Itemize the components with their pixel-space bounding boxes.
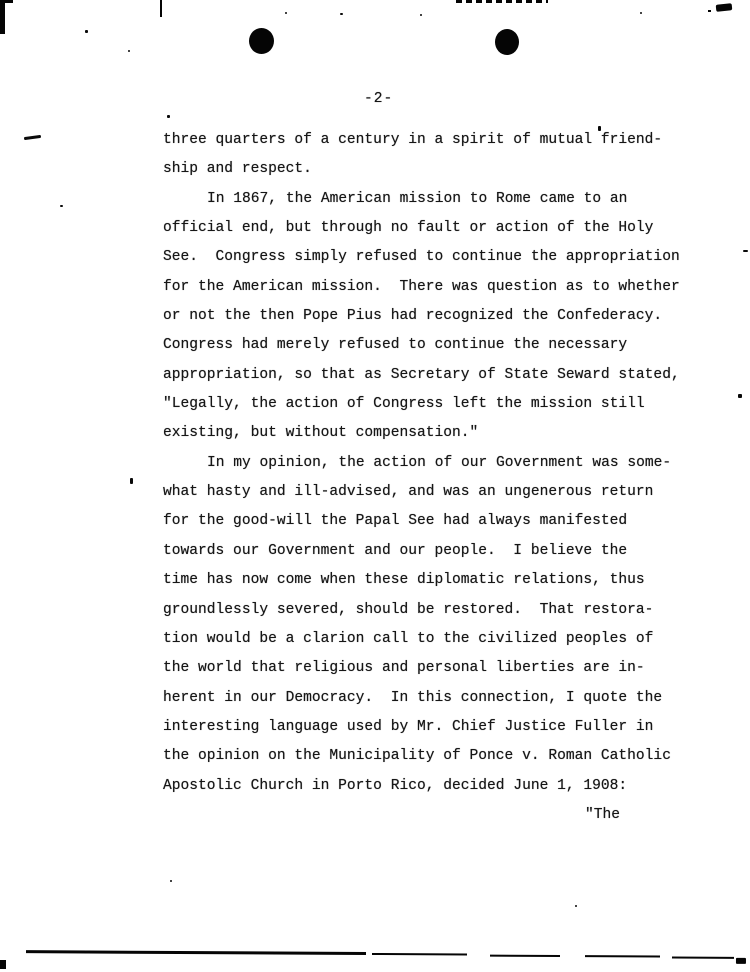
document-text: three quarters of a century in a spirit … (163, 126, 723, 830)
text-line: towards our Government and our people. I… (163, 537, 723, 566)
punch-hole-mark (495, 29, 519, 55)
text-line: for the American mission. There was ques… (163, 273, 723, 302)
text-line: time has now come when these diplomatic … (163, 566, 723, 595)
scan-speck (708, 10, 711, 12)
scan-speck (738, 394, 742, 398)
text-line: the world that religious and personal li… (163, 654, 723, 683)
scan-speck (128, 50, 130, 52)
text-line: groundlessly severed, should be restored… (163, 596, 723, 625)
text-line: In my opinion, the action of our Governm… (163, 449, 723, 478)
text-line: three quarters of a century in a spirit … (163, 126, 723, 155)
text-line: existing, but without compensation." (163, 419, 723, 448)
text-line: ship and respect. (163, 155, 723, 184)
text-line: the opinion on the Municipality of Ponce… (163, 742, 723, 771)
text-line: In 1867, the American mission to Rome ca… (163, 185, 723, 214)
margin-tick-mark (160, 0, 162, 17)
text-line: for the good-will the Papal See had alwa… (163, 507, 723, 536)
scan-speck (340, 13, 343, 15)
scan-speck (420, 14, 422, 16)
scan-speck (24, 135, 41, 140)
scan-speck (743, 250, 748, 252)
scan-edge-mark (0, 0, 13, 3)
scan-speck (60, 205, 63, 207)
scan-speck (130, 478, 133, 484)
scanned-document-page: -2- three quarters of a century in a spi… (0, 0, 750, 972)
text-line: "Legally, the action of Congress left th… (163, 390, 723, 419)
scan-edge-mark (0, 960, 6, 969)
text-line: what hasty and ill-advised, and was an u… (163, 478, 723, 507)
text-line: official end, but through no fault or ac… (163, 214, 723, 243)
ink-blot-mark (716, 3, 733, 12)
text-line: See. Congress simply refused to continue… (163, 243, 723, 272)
text-line: tion would be a clarion call to the civi… (163, 625, 723, 654)
text-line: Congress had merely refused to continue … (163, 331, 723, 360)
text-line: interesting language used by Mr. Chief J… (163, 713, 723, 742)
scan-edge-mark (0, 0, 5, 34)
text-line: Apostolic Church in Porto Rico, decided … (163, 772, 723, 801)
text-line: or not the then Pope Pius had recognized… (163, 302, 723, 331)
text-line: appropriation, so that as Secretary of S… (163, 361, 723, 390)
scan-speck (640, 12, 642, 14)
scan-speck (167, 115, 170, 118)
scan-speck (598, 126, 601, 131)
page-number: -2- (364, 91, 393, 107)
scan-speck (285, 12, 287, 14)
punch-hole-mark (249, 28, 274, 54)
scan-speck (85, 30, 88, 33)
scan-edge-line (0, 946, 750, 964)
scan-edge-mark (456, 0, 548, 3)
text-line: "The (163, 801, 723, 830)
text-line: herent in our Democracy. In this connect… (163, 684, 723, 713)
scan-speck (575, 905, 577, 907)
scan-speck (170, 880, 172, 882)
